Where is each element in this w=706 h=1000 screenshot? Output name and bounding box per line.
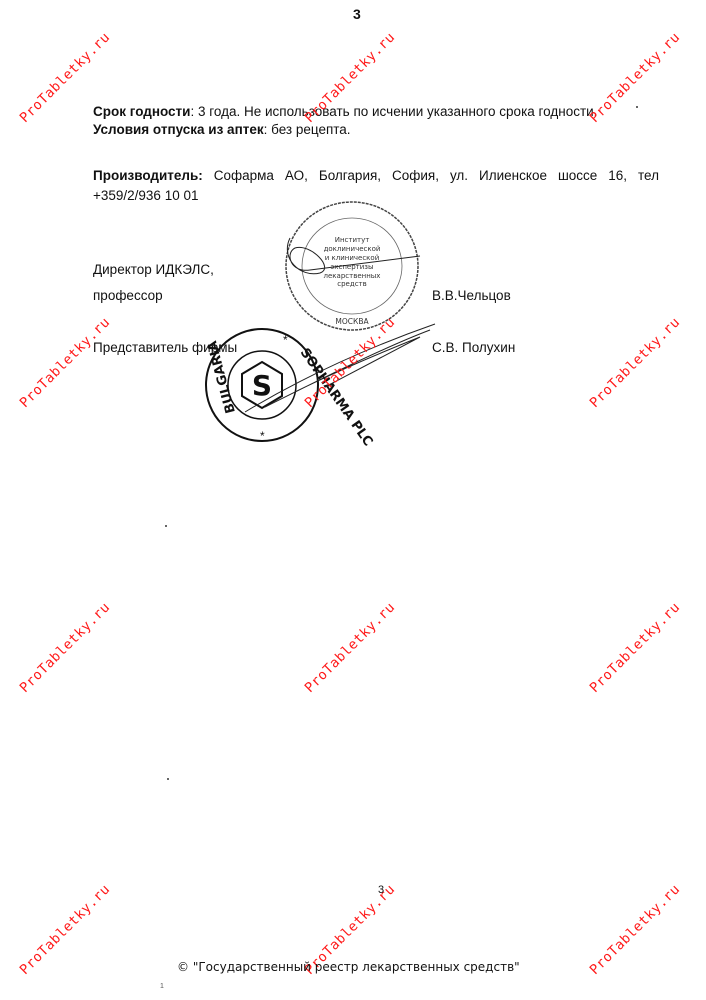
shelf-life-line: Срок годности: 3 года. Не использовать п… <box>93 104 597 119</box>
stamp-line: и клинической <box>325 254 380 262</box>
moscow-institute-stamp: Институт доклинической и клинической экс… <box>280 198 425 338</box>
shelf-life-value: : 3 года. Не использовать по исчении ука… <box>190 104 597 119</box>
watermark: ProTabletky.ru <box>587 881 684 978</box>
svg-text:S: S <box>252 369 272 402</box>
director-title: Директор ИДКЭЛС, <box>93 262 214 277</box>
stamp-line: доклинической <box>324 245 381 253</box>
stamp-city: МОСКВА <box>335 317 369 326</box>
manufacturer-phone: +359/2/936 10 01 <box>93 188 198 203</box>
copyright-footer: © "Государственный реестр лекарственных … <box>177 960 520 974</box>
stamp-line: средств <box>337 280 367 288</box>
dispensing-label: Условия отпуска из аптек <box>93 122 264 137</box>
dispensing-value: : без рецепта. <box>264 122 351 137</box>
scan-speck <box>167 778 169 780</box>
watermark: ProTabletky.ru <box>587 29 684 126</box>
stamp-line: Институт <box>335 236 370 244</box>
manufacturer-value: Софарма АО, Болгария, София, ул. Илиенск… <box>203 168 659 183</box>
representative-title: Представитель фирмы <box>93 340 237 355</box>
page-number-top: 3 <box>353 6 361 22</box>
small-mark: 1 <box>160 983 164 990</box>
manufacturer-label: Производитель: <box>93 168 203 183</box>
representative-name: С.В. Полухин <box>432 340 515 355</box>
watermark: ProTabletky.ru <box>587 314 684 411</box>
stamp-line: лекарственных <box>324 272 381 280</box>
watermark: ProTabletky.ru <box>587 599 684 696</box>
director-rank: профессор <box>93 288 163 303</box>
stamp-line: экспертизы <box>330 263 373 271</box>
page-number-bottom: 3 <box>378 884 384 896</box>
watermark: ProTabletky.ru <box>302 599 399 696</box>
manufacturer-line: Производитель: Софарма АО, Болгария, Соф… <box>93 163 659 188</box>
scan-speck <box>636 106 638 108</box>
watermark: ProTabletky.ru <box>17 881 114 978</box>
watermark: ProTabletky.ru <box>302 314 399 411</box>
scan-speck <box>165 525 167 527</box>
svg-text:*: * <box>283 333 288 347</box>
svg-text:*: * <box>260 429 265 443</box>
shelf-life-label: Срок годности <box>93 104 190 119</box>
watermark: ProTabletky.ru <box>17 314 114 411</box>
director-name: В.В.Чельцов <box>432 288 511 303</box>
watermark: ProTabletky.ru <box>17 599 114 696</box>
